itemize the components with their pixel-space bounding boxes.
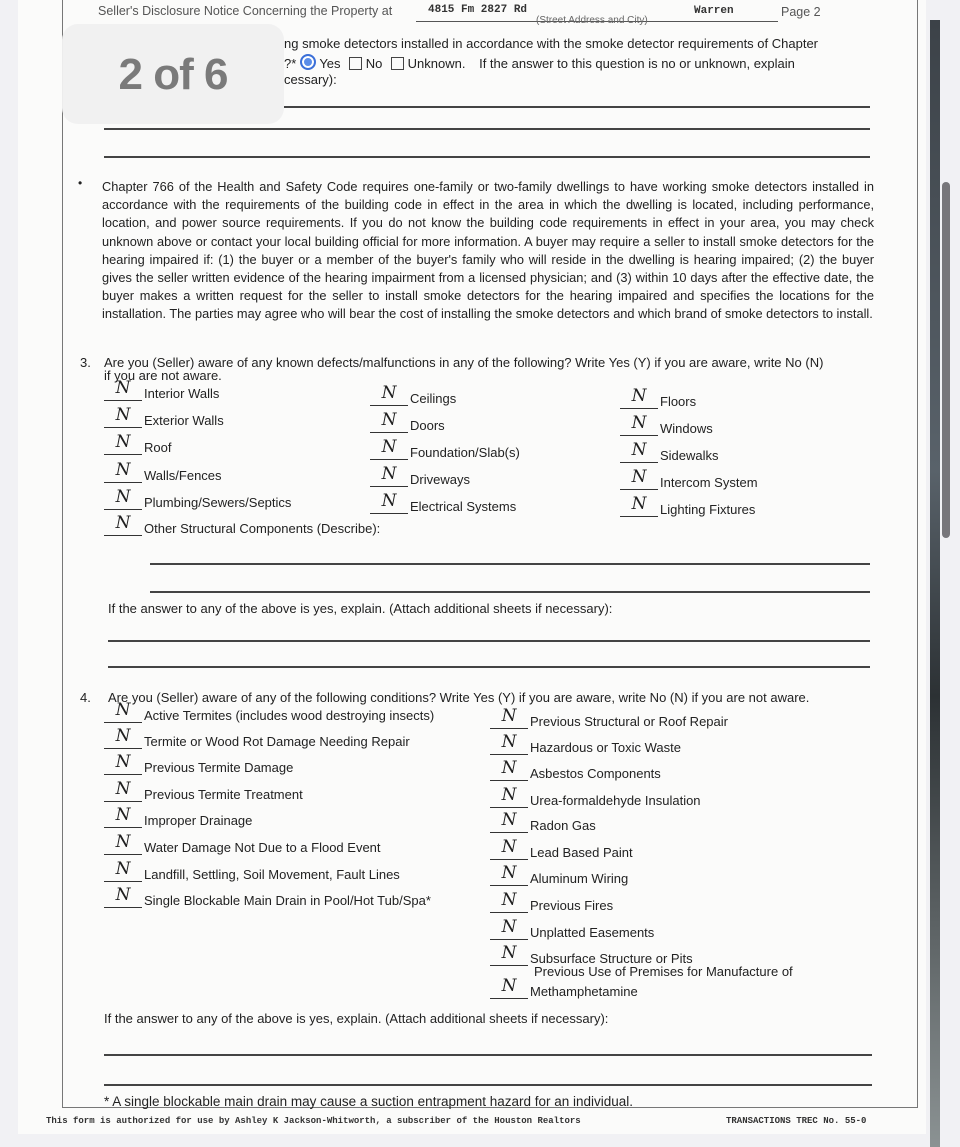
item-label: Methamphetamine (530, 984, 638, 999)
explain-line (108, 666, 870, 668)
no-checkbox[interactable] (349, 57, 362, 70)
item-label: Walls/Fences (144, 468, 222, 483)
item-label: Floors (660, 394, 696, 409)
defect-item[interactable]: NDoors (370, 412, 445, 433)
page-indicator: 2 of 6 (62, 24, 284, 124)
yes-label: Yes (319, 56, 340, 71)
defect-item[interactable]: NFloors (620, 388, 696, 409)
answer-blank[interactable]: N (104, 434, 142, 455)
answer-blank[interactable]: N (620, 415, 658, 436)
condition-item[interactable]: NImproper Drainage (104, 807, 252, 828)
condition-item[interactable]: NRadon Gas (490, 812, 596, 833)
answer-blank[interactable]: N (490, 839, 528, 860)
section4-explain: If the answer to any of the above is yes… (104, 1011, 608, 1026)
describe-line (150, 591, 870, 593)
item-label: Lead Based Paint (530, 845, 633, 860)
smoke-question-line1: ng smoke detectors installed in accordan… (284, 36, 818, 51)
answer-blank[interactable]: N (490, 945, 528, 966)
answer-blank[interactable]: N (370, 466, 408, 487)
defect-item[interactable]: NWindows (620, 415, 713, 436)
no-label: No (366, 56, 383, 71)
page-border (62, 0, 918, 1108)
item-label: Driveways (410, 472, 470, 487)
condition-item[interactable]: NPrevious Termite Treatment (104, 781, 303, 802)
answer-line (104, 156, 870, 158)
item-label-line1: Previous Use of Premises for Manufacture… (534, 964, 793, 979)
item-label: Active Termites (includes wood destroyin… (144, 708, 434, 723)
footnote: * A single blockable main drain may caus… (104, 1094, 633, 1109)
explain-line (104, 1054, 872, 1056)
defect-item[interactable]: NDriveways (370, 466, 470, 487)
explain-text: If the answer to this question is no or … (479, 56, 795, 71)
smoke-question-line2: ?* Yes No Unknown. If the answer to this… (284, 54, 795, 71)
condition-item[interactable]: NLead Based Paint (490, 839, 633, 860)
header-prefix: Seller's Disclosure Notice Concerning th… (98, 4, 392, 18)
page-indicator-text: 2 of 6 (62, 50, 284, 100)
answer-blank[interactable]: N (490, 760, 528, 781)
item-label: Water Damage Not Due to a Flood Event (144, 840, 381, 855)
answer-blank[interactable]: N (620, 442, 658, 463)
item-label: Previous Termite Treatment (144, 787, 303, 802)
item-label: Exterior Walls (144, 413, 224, 428)
condition-item[interactable]: NPrevious Structural or Roof Repair (490, 708, 728, 729)
item-label: Single Blockable Main Drain in Pool/Hot … (144, 893, 431, 908)
scrollbar[interactable] (942, 182, 950, 538)
question-mark: ?* (284, 56, 296, 71)
smoke-note-paragraph: Chapter 766 of the Health and Safety Cod… (102, 178, 874, 324)
answer-blank[interactable]: N (490, 787, 528, 808)
defect-item[interactable]: NPlumbing/Sewers/Septics (104, 489, 291, 510)
unknown-label: Unknown. (408, 56, 466, 71)
item-label: Radon Gas (530, 818, 596, 833)
condition-item[interactable]: NUnplatted Easements (490, 919, 654, 940)
unknown-checkbox[interactable] (391, 57, 404, 70)
answer-blank[interactable]: N (370, 385, 408, 406)
item-label: Improper Drainage (144, 813, 252, 828)
condition-item[interactable]: NTermite or Wood Rot Damage Needing Repa… (104, 728, 410, 749)
bullet: • (78, 176, 82, 190)
header-address: 4815 Fm 2827 Rd (428, 4, 527, 16)
condition-item[interactable]: NMethamphetamine (490, 978, 638, 999)
defect-item[interactable]: NWalls/Fences (104, 462, 222, 483)
item-label: Unplatted Easements (530, 925, 654, 940)
condition-item[interactable]: NAsbestos Components (490, 760, 661, 781)
footer-form-id: TRANSACTIONS TREC No. 55-0 (726, 1116, 866, 1126)
answer-blank[interactable]: N (490, 734, 528, 755)
answer-blank[interactable]: N (104, 407, 142, 428)
answer-blank[interactable]: N (370, 439, 408, 460)
condition-item[interactable]: NPrevious Termite Damage (104, 754, 293, 775)
answer-blank[interactable]: N (370, 493, 408, 514)
header-page: Page 2 (781, 5, 821, 19)
item-label: Doors (410, 418, 445, 433)
answer-blank[interactable]: N (104, 462, 142, 483)
defect-item[interactable]: NExterior Walls (104, 407, 224, 428)
item-label: Asbestos Components (530, 766, 661, 781)
defect-item[interactable]: NCeilings (370, 385, 456, 406)
answer-blank[interactable]: N (104, 380, 142, 401)
item-label: Hazardous or Toxic Waste (530, 740, 681, 755)
section4-number: 4. (80, 690, 91, 705)
item-label: Ceilings (410, 391, 456, 406)
item-label: Sidewalks (660, 448, 719, 463)
answer-blank[interactable]: N (104, 781, 142, 802)
answer-blank[interactable]: N (104, 489, 142, 510)
defect-item[interactable]: NOther Structural Components (Describe): (104, 515, 380, 536)
item-label: Aluminum Wiring (530, 871, 628, 886)
answer-line (284, 106, 870, 108)
item-label: Foundation/Slab(s) (410, 445, 520, 460)
defect-item[interactable]: NIntercom System (620, 469, 758, 490)
header-city: Warren (694, 5, 734, 17)
section3-number: 3. (80, 355, 91, 370)
defect-item[interactable]: NSidewalks (620, 442, 719, 463)
answer-blank[interactable]: N (104, 702, 142, 723)
defect-item[interactable]: NElectrical Systems (370, 493, 516, 514)
background-edge (930, 20, 940, 1147)
item-label: Plumbing/Sewers/Septics (144, 495, 291, 510)
item-label: Roof (144, 440, 171, 455)
condition-item[interactable]: NPrevious Fires (490, 892, 613, 913)
answer-blank[interactable]: N (490, 812, 528, 833)
condition-item[interactable]: NHazardous or Toxic Waste (490, 734, 681, 755)
item-label: Previous Structural or Roof Repair (530, 714, 728, 729)
item-label: Previous Fires (530, 898, 613, 913)
footer-authorized: This form is authorized for use by Ashle… (46, 1116, 581, 1126)
section3-explain: If the answer to any of the above is yes… (108, 601, 612, 616)
answer-blank[interactable]: N (490, 865, 528, 886)
item-label: Windows (660, 421, 713, 436)
answer-blank[interactable]: N (104, 807, 142, 828)
answer-blank[interactable]: N (104, 728, 142, 749)
item-label: Other Structural Components (Describe): (144, 521, 380, 536)
answer-blank[interactable]: N (104, 887, 142, 908)
condition-item[interactable]: NSingle Blockable Main Drain in Pool/Hot… (104, 887, 431, 908)
item-label: Previous Termite Damage (144, 760, 293, 775)
address-caption: (Street Address and City) (536, 15, 648, 26)
answer-blank[interactable]: N (104, 834, 142, 855)
answer-blank[interactable]: N (104, 515, 142, 536)
answer-blank[interactable]: N (620, 388, 658, 409)
defect-item[interactable]: NFoundation/Slab(s) (370, 439, 520, 460)
item-label: Urea-formaldehyde Insulation (530, 793, 701, 808)
answer-blank[interactable]: N (104, 754, 142, 775)
condition-item[interactable]: NWater Damage Not Due to a Flood Event (104, 834, 381, 855)
answer-blank[interactable]: N (370, 412, 408, 433)
answer-blank[interactable]: N (490, 708, 528, 729)
document-page: Seller's Disclosure Notice Concerning th… (18, 0, 926, 1134)
date-stamp: 09-01-2023 (840, 0, 891, 3)
answer-blank[interactable]: N (620, 496, 658, 517)
yes-radio[interactable] (300, 54, 316, 70)
item-label: Intercom System (660, 475, 758, 490)
condition-item[interactable]: NAluminum Wiring (490, 865, 628, 886)
condition-item[interactable]: NActive Termites (includes wood destroyi… (104, 702, 434, 723)
answer-blank[interactable]: N (490, 892, 528, 913)
answer-line (104, 128, 870, 130)
describe-line (150, 563, 870, 565)
answer-blank[interactable]: N (490, 919, 528, 940)
answer-blank[interactable]: N (620, 469, 658, 490)
smoke-question-line3: cessary): (284, 72, 337, 87)
condition-item[interactable]: NLandfill, Settling, Soil Movement, Faul… (104, 861, 400, 882)
defect-item[interactable]: NRoof (104, 434, 171, 455)
item-label: Landfill, Settling, Soil Movement, Fault… (144, 867, 400, 882)
item-label: Termite or Wood Rot Damage Needing Repai… (144, 734, 410, 749)
answer-blank[interactable]: N (490, 978, 528, 999)
explain-line (108, 640, 870, 642)
answer-blank[interactable]: N (104, 861, 142, 882)
defect-item[interactable]: NInterior Walls (104, 380, 219, 401)
defect-item[interactable]: NLighting Fixtures (620, 496, 755, 517)
condition-item[interactable]: NUrea-formaldehyde Insulation (490, 787, 701, 808)
item-label: Lighting Fixtures (660, 502, 755, 517)
explain-line (104, 1084, 872, 1086)
condition-item[interactable]: NSubsurface Structure or Pits (490, 945, 693, 966)
item-label: Electrical Systems (410, 499, 516, 514)
item-label: Interior Walls (144, 386, 219, 401)
